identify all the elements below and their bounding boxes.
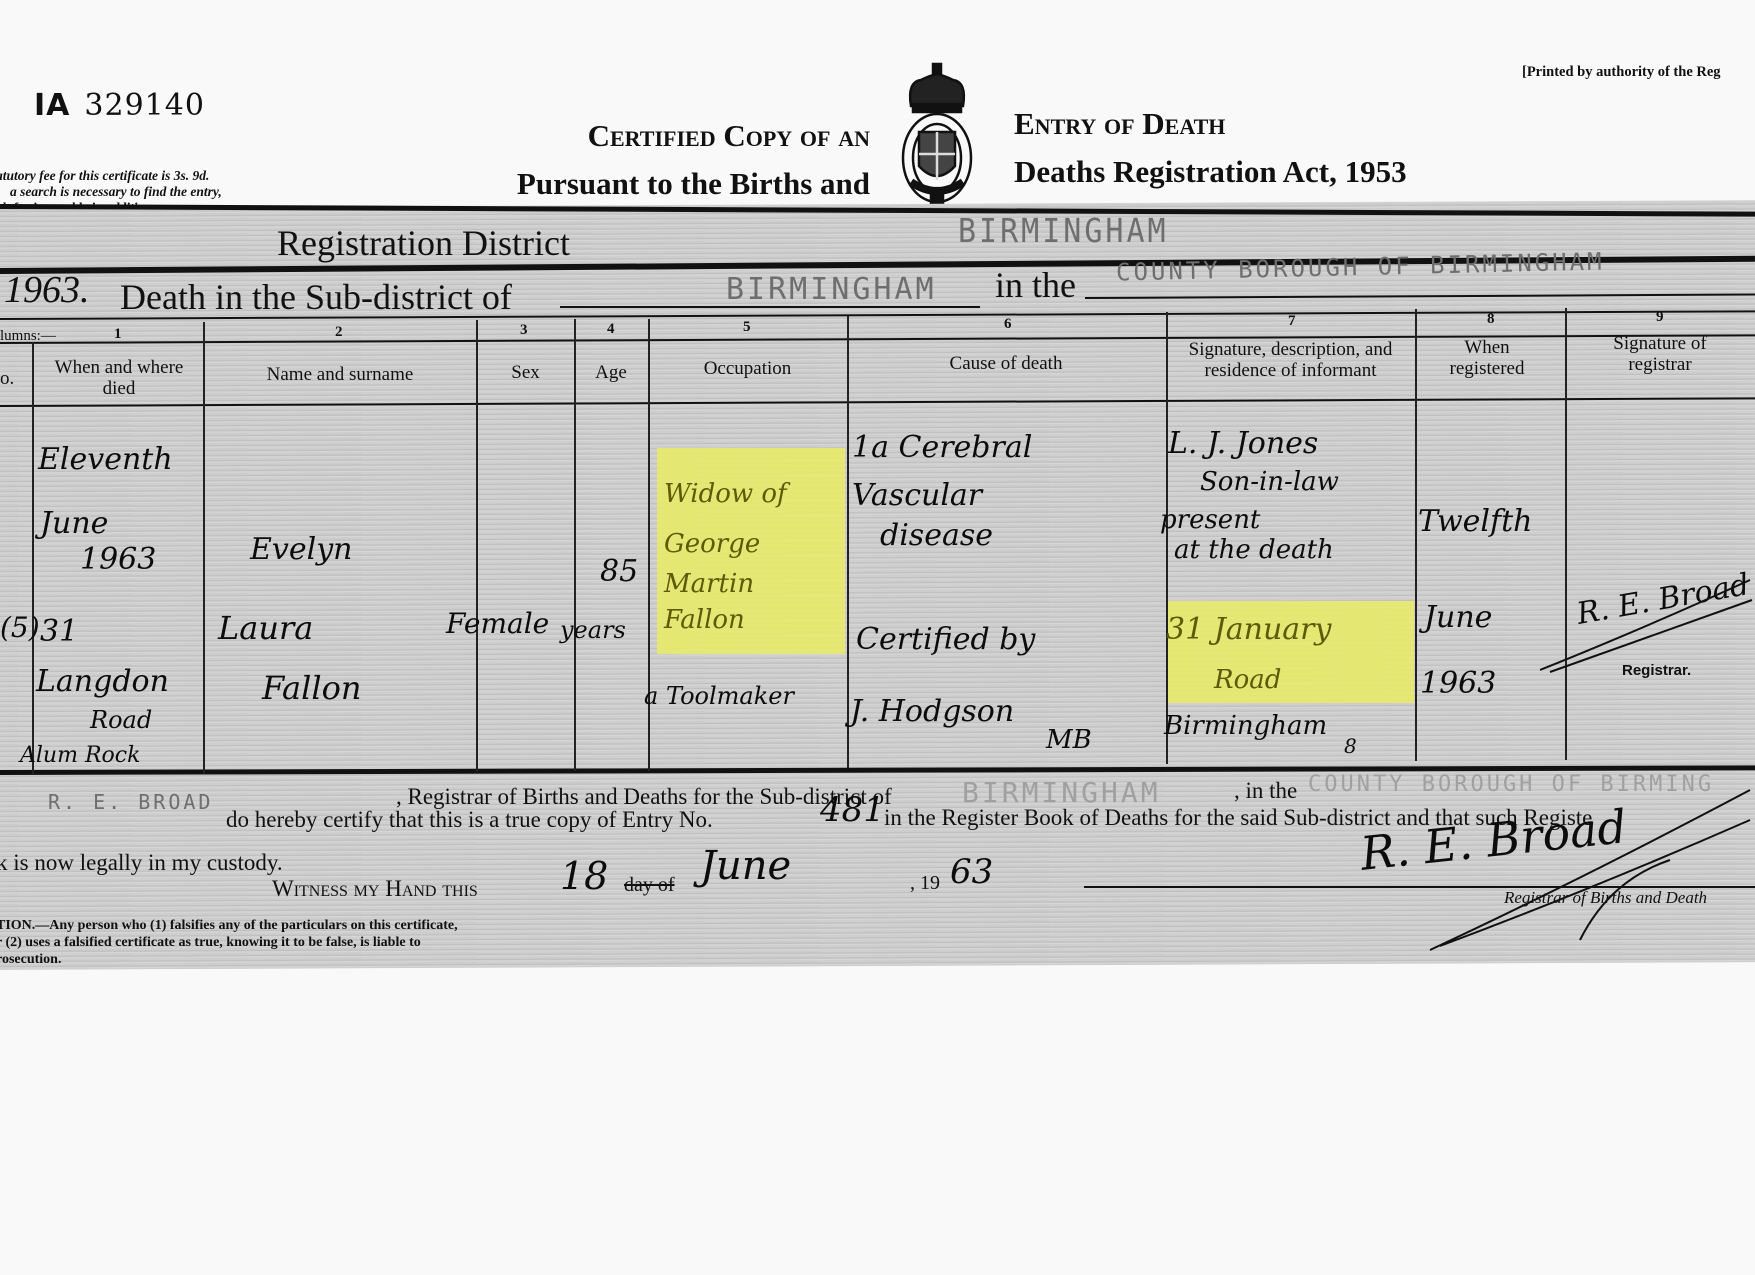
registration-district-label: Registration District xyxy=(277,222,570,264)
column-number: 4 xyxy=(607,321,615,338)
column-number: 2 xyxy=(335,324,343,341)
subdistrict-stamp: BIRMINGHAM xyxy=(726,272,937,307)
handwritten-text: MB xyxy=(1046,720,1092,760)
handwritten-text: Twelfth xyxy=(1418,502,1532,542)
column-divider xyxy=(847,316,849,768)
signature-caption: Registrar of Births and Death xyxy=(1504,888,1707,908)
handwritten-text: June xyxy=(1424,598,1492,638)
handwritten-text: L. J. Jones xyxy=(1168,424,1318,464)
caution-line: r (2) uses a falsified certificate as tr… xyxy=(0,934,546,951)
handwritten-text: Road xyxy=(1214,660,1281,700)
column-heading-cause: Cause of death xyxy=(850,353,1162,374)
certification-line-2: do hereby certify that this is a true co… xyxy=(226,807,713,833)
certificate-page: IA329140 atutory fee for this certificat… xyxy=(0,0,1755,1275)
serial-number: IA329140 xyxy=(34,86,205,124)
handwritten-text: 1963 xyxy=(1420,664,1496,704)
caution-line: rosecution. xyxy=(0,951,546,968)
in-the-label: in the xyxy=(995,264,1076,306)
year-suffix-handwritten: 63 xyxy=(950,852,993,892)
fee-note-line: atutory fee for this certificate is 3s. … xyxy=(0,168,296,184)
witness-day-handwritten: 18 xyxy=(560,856,608,896)
registrar-name-stamp: R. E. BROAD xyxy=(48,790,213,814)
column-divider xyxy=(476,320,478,772)
handwritten-text: 1963 xyxy=(80,540,156,580)
column-number: 6 xyxy=(1004,316,1012,333)
handwritten-text: Son-in-law xyxy=(1200,462,1339,502)
column-number: 5 xyxy=(743,319,751,336)
title-left-line1: Certified Copy of an xyxy=(430,112,870,160)
column-heading-when-registered: When registered xyxy=(1432,337,1542,379)
column-divider xyxy=(32,342,34,774)
entry-year-handwritten: 1963. xyxy=(4,268,90,312)
handwritten-text: Road xyxy=(90,700,152,740)
handwritten-text: 31 January xyxy=(1166,610,1331,650)
registrar-caption: Registrar. xyxy=(1622,662,1691,679)
column-divider xyxy=(203,322,205,774)
column-divider xyxy=(1415,309,1417,761)
handwritten-text: disease xyxy=(880,516,993,556)
sex-value: Female xyxy=(446,604,549,644)
column-heading-when-where: When and where died xyxy=(40,357,198,399)
serial-digits: 329140 xyxy=(84,88,205,123)
handwritten-text: a Toolmaker xyxy=(644,676,794,716)
day-of-label: day of xyxy=(624,874,675,897)
column-no-label: o. xyxy=(0,368,14,389)
year-prefix: , 19 xyxy=(910,872,940,895)
handwritten-text: Evelyn xyxy=(250,530,352,570)
handwritten-text: Fallon xyxy=(664,600,745,640)
handwritten-text: George xyxy=(664,524,760,564)
certification-text: do hereby certify that this is a true co… xyxy=(226,807,713,832)
column-heading-informant: Signature, description, and residence of… xyxy=(1168,339,1413,381)
column-number: 7 xyxy=(1288,313,1296,330)
certification-text: , Registrar of Births and Deaths for the… xyxy=(396,784,892,809)
certification-county-stamp: COUNTY BOROUGH OF BIRMING xyxy=(1308,772,1714,797)
column-heading-name: Name and surname xyxy=(206,364,474,385)
handwritten-text: at the death xyxy=(1174,530,1334,570)
caution-line: TION.—Any person who (1) falsifies any o… xyxy=(0,917,546,934)
death-in-subdistrict-label: Death in the Sub-district of xyxy=(120,276,512,318)
handwritten-text: Vascular xyxy=(852,476,982,516)
title-left: Certified Copy of an Pursuant to the Bir… xyxy=(430,112,870,208)
witness-month-handwritten: June xyxy=(700,846,791,886)
serial-prefix: IA xyxy=(34,88,70,123)
royal-coat-of-arms-icon xyxy=(897,62,977,210)
column-heading-occupation: Occupation xyxy=(650,358,845,379)
handwritten-text: 8 xyxy=(1344,726,1357,766)
registration-district-stamp: BIRMINGHAM xyxy=(958,212,1169,251)
handwritten-text: 1a Cerebral xyxy=(852,428,1032,468)
certification-line-3: k is now legally in my custody. xyxy=(0,850,283,876)
age-unit: years xyxy=(560,610,626,650)
column-heading-registrar-signature: Signature of registrar xyxy=(1580,333,1740,375)
column-number: 3 xyxy=(520,322,528,339)
caution-notice: TION.—Any person who (1) falsifies any o… xyxy=(0,917,546,968)
title-left-line2: Pursuant to the Births and xyxy=(430,160,870,208)
handwritten-text: Fallon xyxy=(262,668,361,708)
age-value: 85 xyxy=(600,552,638,592)
witness-label: Witness my Hand this xyxy=(272,876,478,902)
handwritten-text: June xyxy=(40,504,108,544)
fee-note-line: a search is necessary to find the entry, xyxy=(0,184,296,200)
column-number: 1 xyxy=(114,326,122,343)
column-heading-sex: Sex xyxy=(478,362,573,383)
columns-prefix: lumns:— xyxy=(0,328,56,345)
handwritten-text: Alum Rock xyxy=(20,736,140,776)
column-divider xyxy=(1565,308,1567,760)
title-right-line2: Deaths Registration Act, 1953 xyxy=(1014,148,1407,196)
title-right-line1: Entry of Death xyxy=(1014,100,1407,148)
handwritten-text: J. Hodgson xyxy=(850,692,1014,732)
handwritten-text: Birmingham xyxy=(1164,706,1327,746)
handwritten-text: 31 xyxy=(40,612,78,652)
column-heading-age: Age xyxy=(576,362,646,383)
entry-number-handwritten: 481 xyxy=(820,790,885,830)
handwritten-text: Certified by xyxy=(856,620,1035,660)
title-right: Entry of Death Deaths Registration Act, … xyxy=(1014,100,1407,196)
handwritten-text: Martin xyxy=(664,564,754,604)
handwritten-text: Widow of xyxy=(664,474,787,514)
handwritten-text: Langdon xyxy=(36,662,169,702)
certification-in-the: , in the xyxy=(1234,778,1297,804)
entry-number-handwritten: (5) xyxy=(0,608,40,648)
handwritten-text: Eleventh xyxy=(38,440,173,480)
printed-by-note: [Printed by authority of the Reg xyxy=(1522,64,1721,81)
column-number: 8 xyxy=(1487,311,1495,328)
column-divider xyxy=(574,319,576,771)
column-number: 9 xyxy=(1656,309,1664,326)
handwritten-text: Laura xyxy=(218,608,313,648)
